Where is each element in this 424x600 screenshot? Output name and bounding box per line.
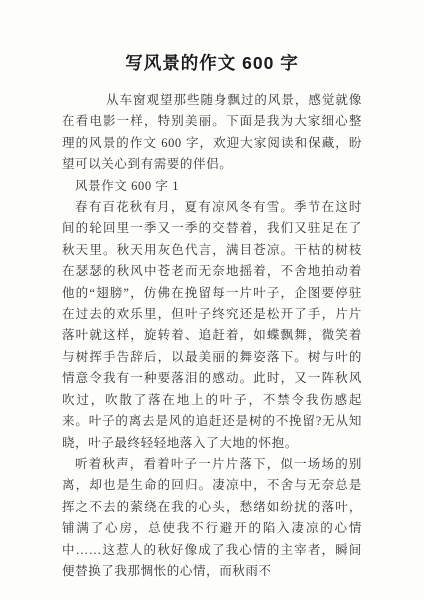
body-paragraph-1: 春有百花秋有月，夏有凉风冬有雪。季节在这时间的轮回里一季又一季的交替着，我们又驻… <box>62 197 362 454</box>
intro-paragraph: 从车窗观望那些随身飘过的风景，感觉就像在看电影一样，特别美丽。下面是我为大家细心… <box>62 90 362 176</box>
page-title: 写风景的作文 600 字 <box>62 50 362 75</box>
body-paragraph-2: 听着秋声，看着叶子一片片落下，似一场场的别离，却也是生命的回归。凄凉中，不舍与无… <box>62 454 362 582</box>
document-page: 写风景的作文 600 字 从车窗观望那些随身飘过的风景，感觉就像在看电影一样，特… <box>0 0 424 600</box>
section-heading: 风景作文 600 字 1 <box>62 176 362 197</box>
